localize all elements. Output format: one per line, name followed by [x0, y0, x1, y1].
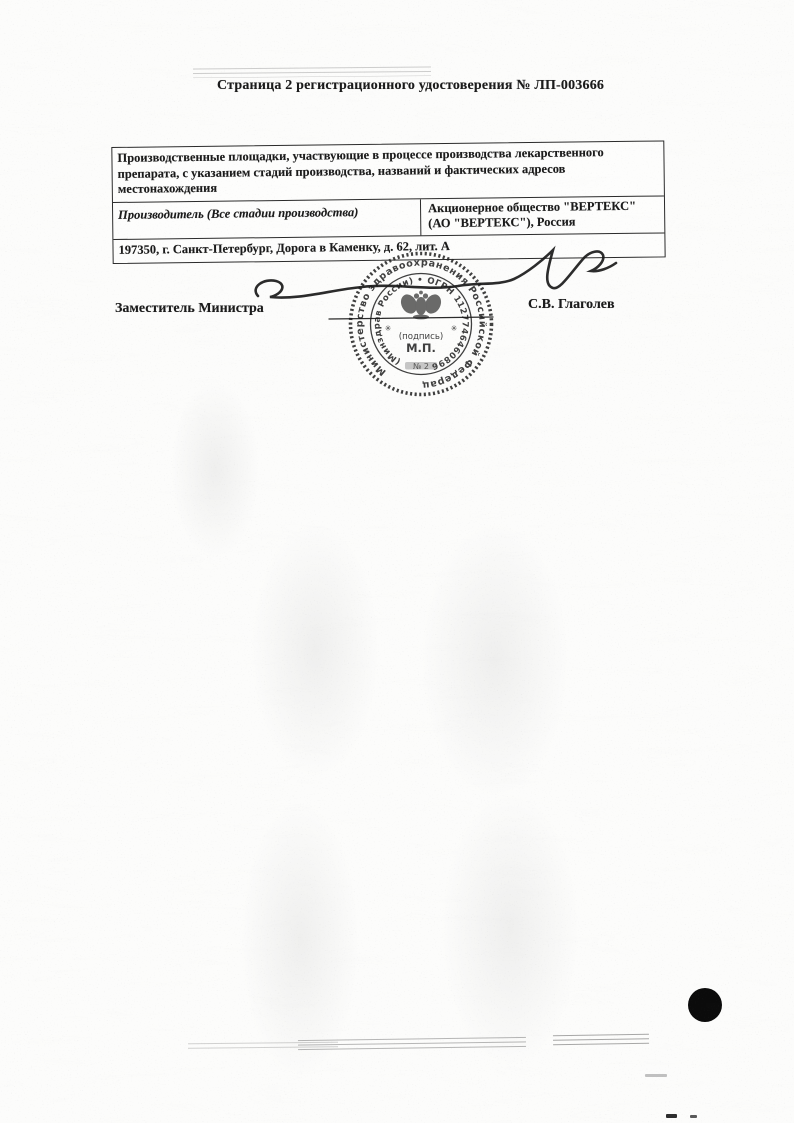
punch-hole-dot [688, 988, 722, 1022]
scan-smudge [553, 1032, 649, 1046]
scan-haze [250, 520, 380, 780]
scan-smudge [193, 65, 431, 78]
scan-mark [690, 1115, 697, 1118]
signature-ink [256, 250, 616, 298]
table-header-cell: Производственные площадки, участвующие в… [112, 141, 664, 202]
signature-scrawl [240, 238, 640, 348]
producer-name-cell: Акционерное общество "ВЕРТЕКС" (АО "ВЕРТ… [421, 196, 664, 235]
table-row: Производитель (Все стадии производства) … [113, 196, 664, 240]
scan-haze [170, 380, 260, 560]
scan-smudge [298, 1035, 526, 1052]
scanned-document-page: Страница 2 регистрационного удостоверени… [0, 0, 794, 1123]
scan-haze [420, 520, 570, 800]
scan-mark [666, 1114, 677, 1118]
page-title: Страница 2 регистрационного удостоверени… [217, 78, 604, 94]
stamp-number-label: № 2 [413, 362, 429, 371]
scan-mark [645, 1074, 667, 1077]
scan-haze [440, 790, 580, 1070]
signature-line [329, 317, 493, 319]
producer-role-cell: Производитель (Все стадии производства) [113, 199, 421, 239]
